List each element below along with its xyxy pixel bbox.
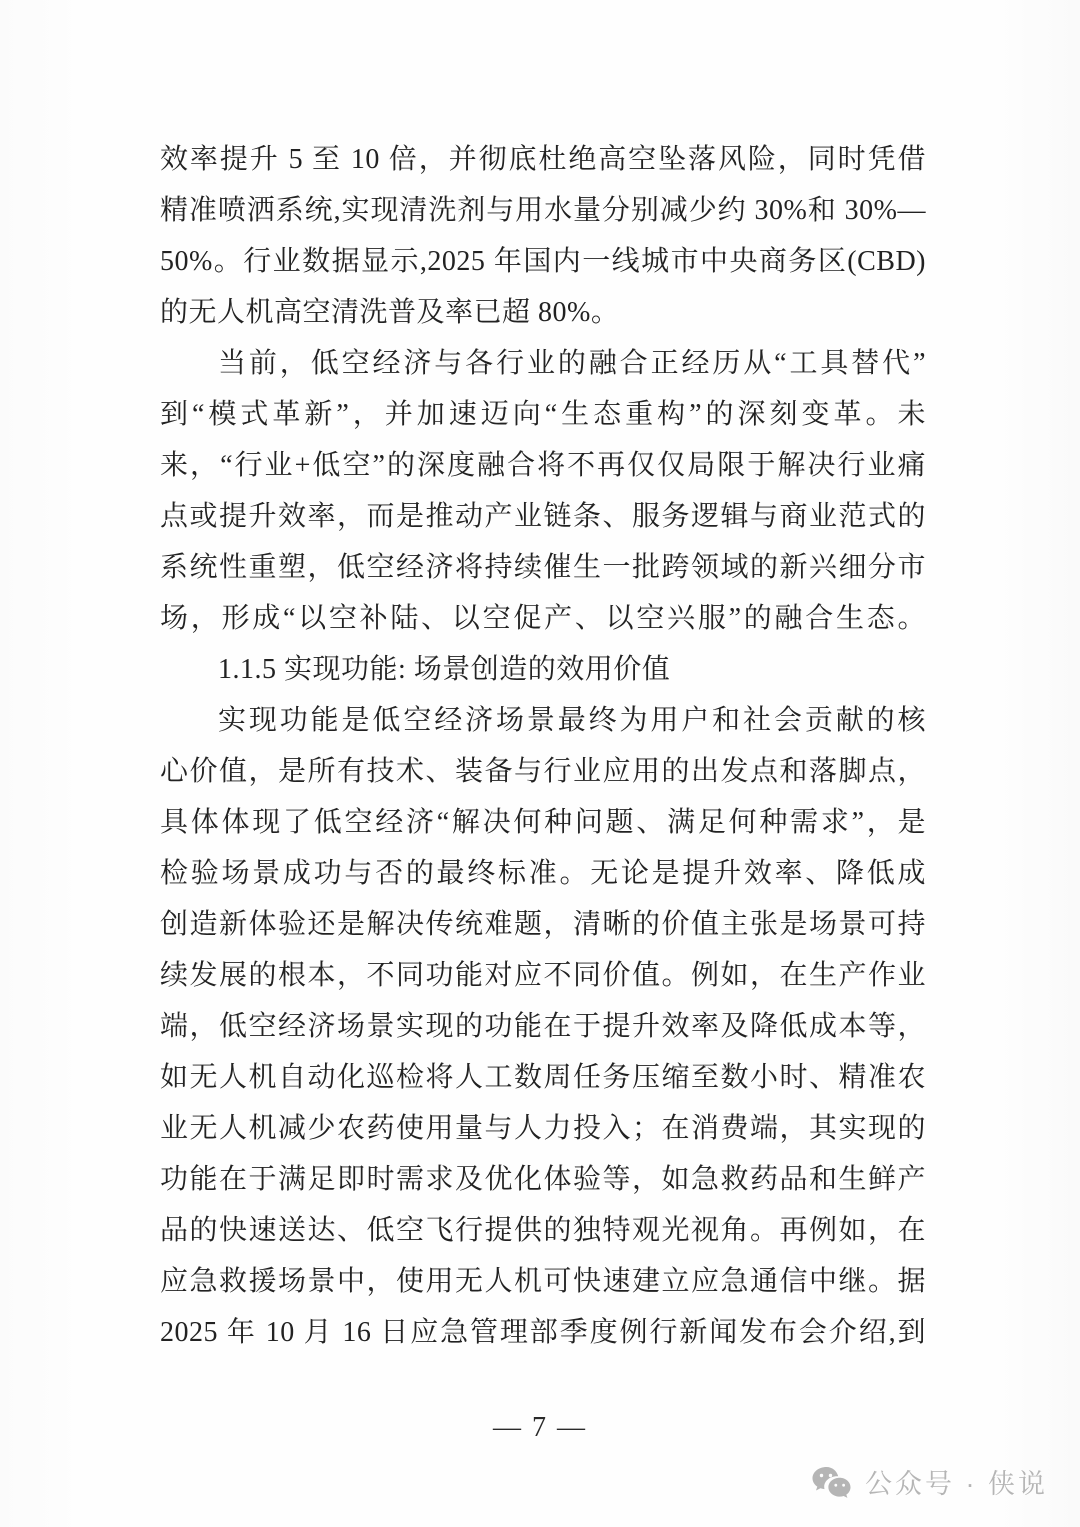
text-line: 具体体现了低空经济“解决何种问题、满足何种需求”，是 bbox=[160, 797, 926, 848]
text-line: 应急救援场景中，使用无人机可快速建立应急通信中继。据 bbox=[160, 1256, 926, 1307]
text-line: 品的快速送达、低空飞行提供的独特观光视角。再例如，在 bbox=[160, 1205, 926, 1256]
text-line: 来，“行业+低空”的深度融合将不再仅仅局限于解决行业痛 bbox=[160, 440, 926, 491]
text-line: 功能在于满足即时需求及优化体验等，如急救药品和生鲜产 bbox=[160, 1154, 926, 1205]
text-line: 实现功能是低空经济场景最终为用户和社会贡献的核 bbox=[160, 695, 926, 746]
text-line: 检验场景成功与否的最终标准。无论是提升效率、降低成本、 bbox=[160, 848, 926, 899]
wechat-icon bbox=[811, 1466, 853, 1502]
text-line: 到“模式革新”，并加速迈向“生态重构”的深刻变革。未 bbox=[160, 389, 926, 440]
text-line: 50%。行业数据显示,2025 年国内一线城市中央商务区(CBD) bbox=[160, 236, 926, 287]
text-line: 心价值，是所有技术、装备与行业应用的出发点和落脚点， bbox=[160, 746, 926, 797]
text-line: 如无人机自动化巡检将人工数周任务压缩至数小时、精准农 bbox=[160, 1052, 926, 1103]
text-line: 的无人机高空清洗普及率已超 80%。 bbox=[160, 287, 926, 338]
page-number: — 7 — bbox=[0, 1402, 1080, 1453]
section-heading: 1.1.5 实现功能: 场景创造的效用价值 bbox=[160, 644, 926, 695]
text-line: 场，形成“以空补陆、以空促产、以空兴服”的融合生态。 bbox=[160, 593, 926, 644]
text-block: 效率提升 5 至 10 倍，并彻底杜绝高空坠落风险，同时凭借精准喷洒系统,实现清… bbox=[160, 134, 926, 1358]
text-line: 系统性重塑，低空经济将持续催生一批跨领域的新兴细分市 bbox=[160, 542, 926, 593]
watermark-label: 公众号 · 侠说 bbox=[865, 1461, 1048, 1507]
watermark: 公众号 · 侠说 bbox=[811, 1461, 1048, 1507]
text-line: 续发展的根本，不同功能对应不同价值。例如，在生产作业 bbox=[160, 950, 926, 1001]
text-line: 端，低空经济场景实现的功能在于提升效率及降低成本等， bbox=[160, 1001, 926, 1052]
text-line: 精准喷洒系统,实现清洗剂与用水量分别减少约 30%和 30%— bbox=[160, 185, 926, 236]
text-line: 业无人机减少农药使用量与人力投入；在消费端，其实现的 bbox=[160, 1103, 926, 1154]
text-line: 效率提升 5 至 10 倍，并彻底杜绝高空坠落风险，同时凭借 bbox=[160, 134, 926, 185]
document-page: 效率提升 5 至 10 倍，并彻底杜绝高空坠落风险，同时凭借精准喷洒系统,实现清… bbox=[0, 0, 1080, 1527]
text-line: 当前，低空经济与各行业的融合正经历从“工具替代” bbox=[160, 338, 926, 389]
text-line: 创造新体验还是解决传统难题，清晰的价值主张是场景可持 bbox=[160, 899, 926, 950]
text-line: 点或提升效率，而是推动产业链条、服务逻辑与商业范式的 bbox=[160, 491, 926, 542]
text-line: 2025 年 10 月 16 日应急管理部季度例行新闻发布会介绍,到 bbox=[160, 1307, 926, 1358]
